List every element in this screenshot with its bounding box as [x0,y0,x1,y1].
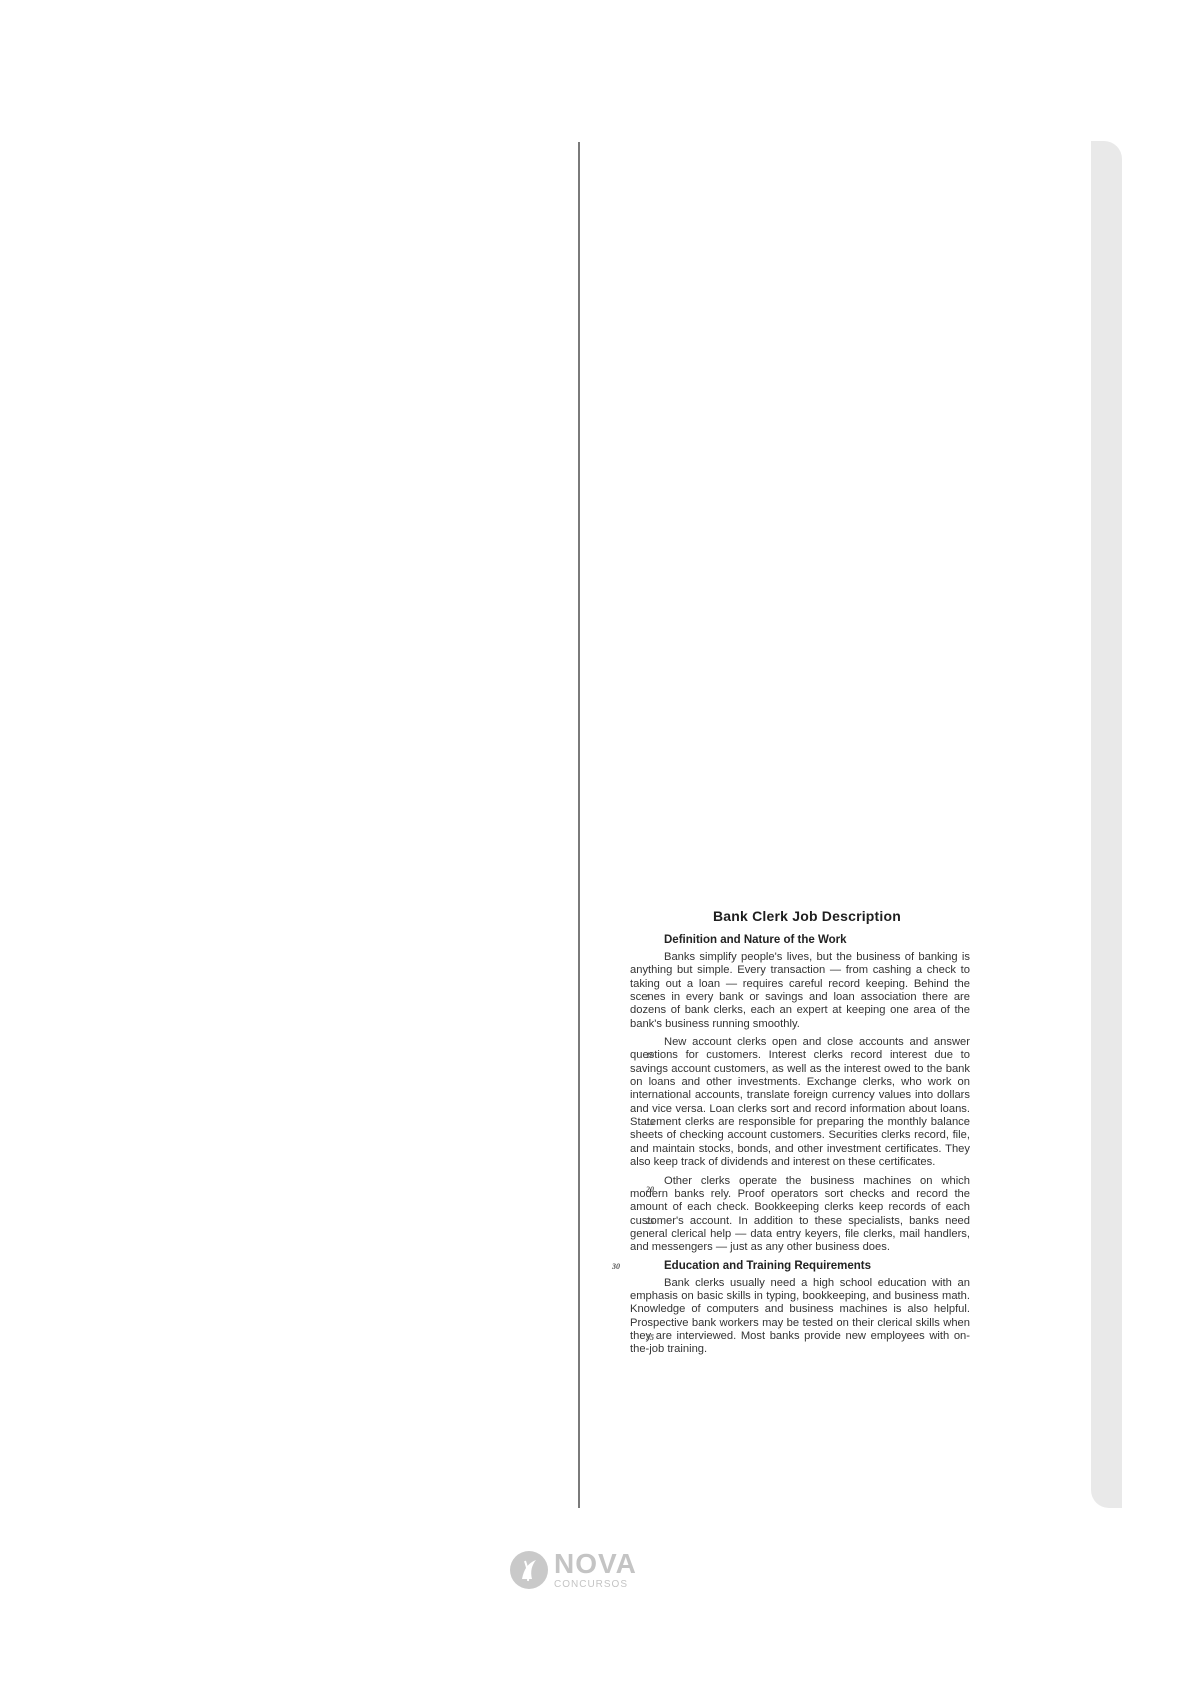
paragraph-text: Banks simplify people's lives, but the b… [630,951,970,1030]
line-number: 30 [612,1262,620,1271]
line-number: 5 [612,991,650,1004]
side-tab [1091,141,1122,1508]
paragraph-text: Other clerks operate the business machin… [630,1175,970,1254]
logo-main-text: NOVA [554,1550,637,1578]
paragraph-4: 35 Bank clerks usually need a high schoo… [630,1277,970,1357]
paragraph-3: 25 Other clerks operate the business mac… [630,1175,970,1255]
paragraph-1: 5 Banks simplify people's lives, but the… [630,951,970,1031]
logo-sub-text: CONCURSOS [554,1580,637,1590]
section-heading-education: 30 Education and Training Requirements [664,1260,970,1272]
article-title: Bank Clerk Job Description [630,908,970,924]
nova-concursos-logo: NOVA CONCURSOS [510,1545,660,1595]
line-number: 15 [612,1116,654,1129]
logo-emblem-icon [510,1551,548,1589]
paragraph-text: Bank clerks usually need a high school e… [630,1277,970,1356]
paragraph-2: 10 15 20 New account clerks open and clo… [630,1036,970,1169]
column-divider [578,142,580,1508]
heading-text: Education and Training Requirements [664,1260,871,1272]
line-number: 10 [612,1049,654,1062]
section-heading-definition: Definition and Nature of the Work [664,934,970,946]
line-number: 25 [612,1215,654,1228]
line-number: 35 [612,1331,654,1344]
article: Bank Clerk Job Description Definition an… [630,908,970,1362]
paragraph-text: New account clerks open and close accoun… [630,1036,970,1168]
